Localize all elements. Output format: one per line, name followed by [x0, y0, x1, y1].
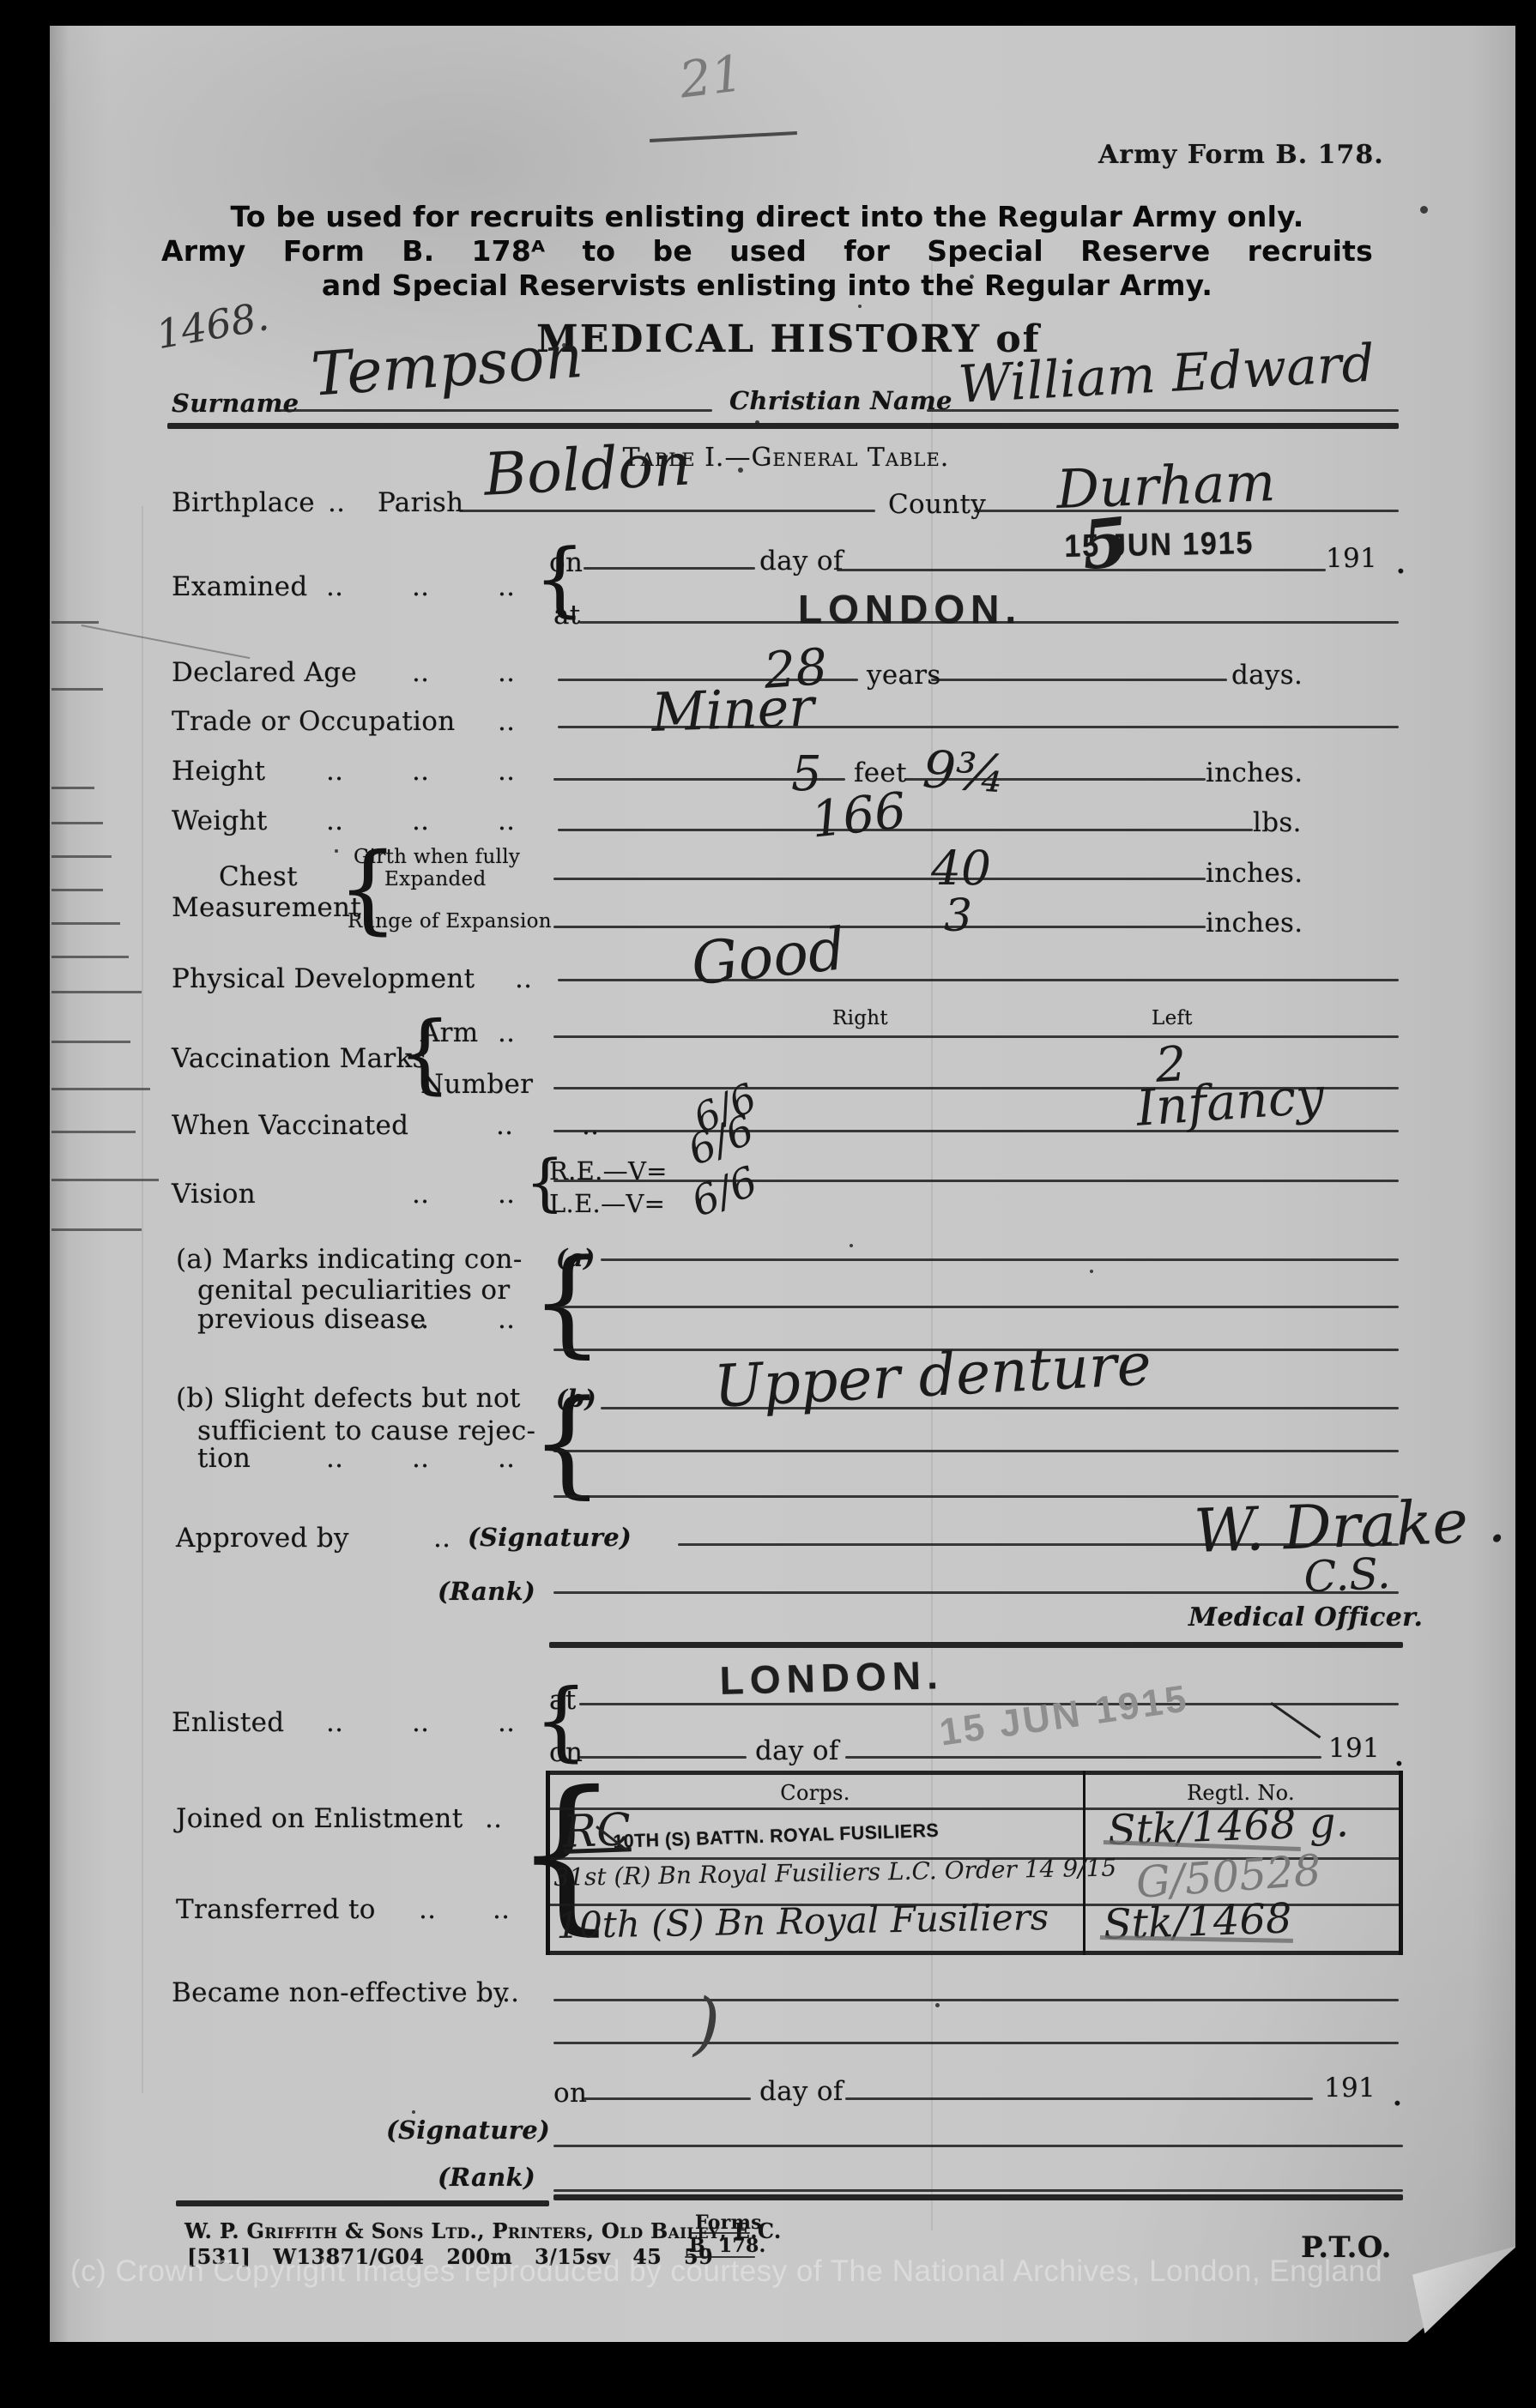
- physical-development-line: [558, 979, 1399, 981]
- non-effective-on-label: on: [553, 2078, 587, 2109]
- dot-leader: ..: [582, 1110, 599, 1141]
- notice-line-2: Army Form B. 178ᴬ to be used for Special…: [161, 234, 1373, 268]
- dot-leader: ..: [498, 1179, 515, 1210]
- weight-label: Weight: [172, 806, 268, 836]
- examined-label: Examined: [172, 571, 307, 602]
- trade-value: Miner: [650, 675, 815, 744]
- height-inches-value: 9¾: [921, 739, 1007, 806]
- edge-tick: [51, 1041, 130, 1043]
- dot-leader: ..: [412, 1707, 429, 1738]
- edge-tick: [51, 1131, 136, 1133]
- paper-speck: [850, 1244, 853, 1247]
- girth-label-line1: Girth when fully: [354, 846, 520, 868]
- enlisted-label: Enlisted: [172, 1707, 284, 1738]
- vision-line: [553, 1180, 1399, 1182]
- notice-line-3: and Special Reservists enlisting into th…: [161, 269, 1373, 302]
- non-effective-period: .: [1393, 2081, 1402, 2112]
- dot-leader: ..: [498, 1017, 515, 1048]
- pencil-page-number: 21: [676, 44, 747, 109]
- edge-tick: [51, 1228, 142, 1231]
- dot-leader: ..: [498, 1304, 515, 1335]
- dot-leader: ..: [498, 756, 515, 787]
- dot-leader: ..: [328, 487, 345, 518]
- section-a-line1: [601, 1258, 1399, 1261]
- medical-officer-label: Medical Officer.: [1188, 1602, 1423, 1632]
- joined-corps-hand-value: RC: [562, 1804, 632, 1858]
- arm-label: Arm: [420, 1017, 479, 1048]
- parish-line: [459, 510, 875, 512]
- section-a-tag: (a): [556, 1244, 596, 1272]
- years-label: years: [867, 660, 941, 691]
- dot-leader: ..: [326, 1707, 343, 1738]
- section-b-tag: (b): [556, 1385, 596, 1413]
- dot-leader: ..: [498, 1443, 515, 1474]
- section-b-label-line3: tion: [197, 1443, 251, 1474]
- dot-leader: ..: [326, 806, 343, 836]
- dot-leader: ..: [412, 806, 429, 836]
- joined-on-enlistment-label: Joined on Enlistment: [176, 1803, 463, 1834]
- dot-leader: ..: [515, 963, 532, 994]
- days-label: days.: [1231, 660, 1303, 691]
- section-b-label-line1: (b) Slight defects but not: [176, 1383, 521, 1414]
- non-effective-day-line: [845, 2097, 1313, 2100]
- edge-tick: [51, 956, 129, 958]
- edge-tick: [51, 822, 103, 824]
- girth-unit: inches.: [1206, 858, 1303, 889]
- rank-label: (Rank): [438, 1577, 535, 1606]
- range-value: 3: [944, 890, 972, 942]
- scanned-document-canvas: 21 Army Form B. 178. To be used for recr…: [0, 0, 1536, 2408]
- parish-label: Parish: [378, 487, 463, 518]
- when-vaccinated-label: When Vaccinated: [172, 1110, 408, 1141]
- examined-period: .: [1396, 549, 1406, 580]
- section-a-label-line2: genital peculiarities or: [197, 1275, 511, 1306]
- closing-signature-line: [553, 2145, 1403, 2147]
- dot-leader: ..: [502, 1977, 519, 2008]
- section-b-label-line2: sufficient to cause rejec-: [197, 1415, 535, 1446]
- fold-crease-left: [142, 506, 143, 2093]
- non-effective-year-prefix: 191: [1324, 2073, 1376, 2103]
- stray-pen-mark: ): [693, 1983, 720, 2063]
- paper-speck: [935, 2003, 940, 2007]
- edge-tick: [51, 621, 99, 624]
- notice-line-1: To be used for recruits enlisting direct…: [161, 200, 1373, 233]
- declared-age-label: Declared Age: [172, 657, 357, 688]
- dot-leader: ..: [412, 1179, 429, 1210]
- girth-line: [553, 878, 1206, 880]
- paper-speck: [858, 305, 862, 308]
- christian-name-label: Christian Name: [729, 386, 952, 415]
- paper-speck: [412, 2110, 415, 2114]
- birthplace-label: Birthplace: [172, 487, 315, 518]
- when-vaccinated-line: [553, 1130, 1399, 1132]
- age-days-line: [931, 679, 1227, 681]
- table-border-bottom: [547, 1951, 1402, 1955]
- enlisted-period: .: [1394, 1741, 1404, 1772]
- examined-place-stamp: LONDON.: [798, 586, 1022, 632]
- dot-leader: ..: [498, 806, 515, 836]
- edge-tick: [51, 922, 120, 925]
- dot-leader: ..: [412, 571, 429, 602]
- non-effective-on-line: [584, 2097, 751, 2100]
- examined-year-prefix: 191: [1326, 543, 1377, 574]
- chest-label-line1: Chest: [219, 861, 298, 892]
- dot-leader: ..: [419, 1894, 436, 1925]
- left-column-label: Left: [1152, 1007, 1193, 1029]
- section-b-line2: [553, 1450, 1399, 1452]
- enlisted-day-line: [845, 1756, 1321, 1759]
- enlisted-place-stamp: LONDON.: [719, 1651, 944, 1704]
- rank-line: [553, 1591, 1399, 1594]
- bottom-rule-left: [176, 2200, 549, 2206]
- section-a-label-line1: (a) Marks indicating con-: [176, 1244, 523, 1275]
- edge-tick: [51, 1179, 159, 1181]
- physical-development-label: Physical Development: [172, 963, 475, 994]
- examined-date-overwrite: 5: [1078, 503, 1132, 585]
- right-column-label: Right: [832, 1007, 888, 1029]
- chest-label-line2: Measurement: [172, 892, 361, 923]
- corps-header: Corps.: [547, 1781, 1083, 1805]
- girth-value: 40: [931, 841, 991, 896]
- dot-leader: ..: [433, 1523, 451, 1554]
- forms-label-line1: Forms: [695, 2212, 762, 2234]
- edge-tick: [51, 889, 103, 891]
- edge-tick: [51, 991, 142, 993]
- vaccination-marks-label: Vaccination Marks: [172, 1043, 426, 1074]
- girth-label-line2: Expanded: [384, 868, 486, 890]
- closing-rank-line: [553, 2189, 1403, 2192]
- non-effective-line2: [553, 2042, 1399, 2044]
- weight-value: 166: [808, 781, 909, 848]
- inches-label: inches.: [1206, 757, 1303, 788]
- section-a-line2: [553, 1306, 1399, 1308]
- dot-leader: ..: [485, 1803, 502, 1834]
- dot-leader: ..: [412, 657, 429, 688]
- edge-tick: [51, 1088, 150, 1090]
- transferred-corps-row3-value: 10th (S) Bn Royal Fusiliers: [556, 1896, 1049, 1946]
- rank-value: C.S.: [1303, 1548, 1392, 1602]
- examined-at-label: at: [553, 600, 581, 631]
- dot-leader: ..: [493, 1894, 510, 1925]
- dot-leader: ..: [498, 571, 515, 602]
- bottom-rule-right: [553, 2194, 1403, 2200]
- non-effective-label: Became non-effective by: [172, 1977, 509, 2008]
- trade-label: Trade or Occupation: [172, 706, 456, 737]
- examined-day-of-label: day of: [759, 546, 844, 576]
- dot-leader: ..: [326, 571, 343, 602]
- range-label: Range of Expansion: [348, 910, 552, 932]
- edge-tick: [51, 787, 94, 789]
- edge-tick: [51, 855, 112, 858]
- transferred-to-label: Transferred to: [176, 1894, 376, 1925]
- forms-underline1: [690, 2232, 750, 2234]
- copyright-watermark: (c) Crown Copyright Images reproduced by…: [70, 2254, 1382, 2289]
- dot-leader: ..: [496, 1110, 513, 1141]
- dot-leader: ..: [498, 706, 515, 737]
- enlisted-year-prefix: 191: [1328, 1733, 1380, 1764]
- lbs-label: lbs.: [1253, 807, 1302, 838]
- examined-on-line: [584, 567, 755, 570]
- non-effective-day-of-label: day of: [759, 2076, 844, 2107]
- table-border-top: [547, 1771, 1402, 1775]
- non-effective-line1: [553, 1999, 1399, 2001]
- closing-signature-label: (Signature): [386, 2115, 550, 2145]
- dot-leader: ..: [326, 756, 343, 787]
- range-line: [553, 926, 1206, 928]
- number-label: Number: [420, 1069, 533, 1100]
- arm-line: [553, 1035, 1399, 1038]
- section-a-label-line3: previous disease: [197, 1304, 426, 1335]
- surname-label: Surname: [172, 389, 299, 418]
- section-divider-top: [167, 423, 1399, 429]
- edge-tick: [51, 688, 103, 691]
- dot-leader: ..: [326, 1443, 343, 1474]
- table-border-left: [546, 1771, 550, 1955]
- vision-label: Vision: [172, 1179, 256, 1210]
- dot-leader: ..: [498, 657, 515, 688]
- county-label: County: [888, 489, 986, 520]
- approved-signature-label: (Signature): [468, 1523, 632, 1552]
- dot-leader: ..: [412, 1304, 429, 1335]
- range-unit: inches.: [1206, 908, 1303, 938]
- examined-day-line: [837, 569, 1326, 571]
- dot-leader: ..: [498, 1707, 515, 1738]
- table-border-right: [1399, 1771, 1403, 1955]
- closing-rank-label: (Rank): [438, 2163, 535, 2192]
- vision-le-label: L.E.—V=: [549, 1189, 665, 1218]
- form-ref: Army Form B. 178.: [1098, 140, 1384, 170]
- enlisted-day-of-label: day of: [755, 1735, 839, 1766]
- height-label: Height: [172, 756, 265, 787]
- paper-speck: [1090, 1270, 1093, 1273]
- section-divider-middle: [549, 1642, 1403, 1648]
- paper-speck: [1420, 206, 1428, 214]
- surname-line: [275, 409, 712, 412]
- dot-leader: ..: [412, 756, 429, 787]
- parish-value: Boldon: [482, 431, 692, 510]
- approved-by-label: Approved by: [176, 1523, 349, 1554]
- dot-leader: ..: [412, 1443, 429, 1474]
